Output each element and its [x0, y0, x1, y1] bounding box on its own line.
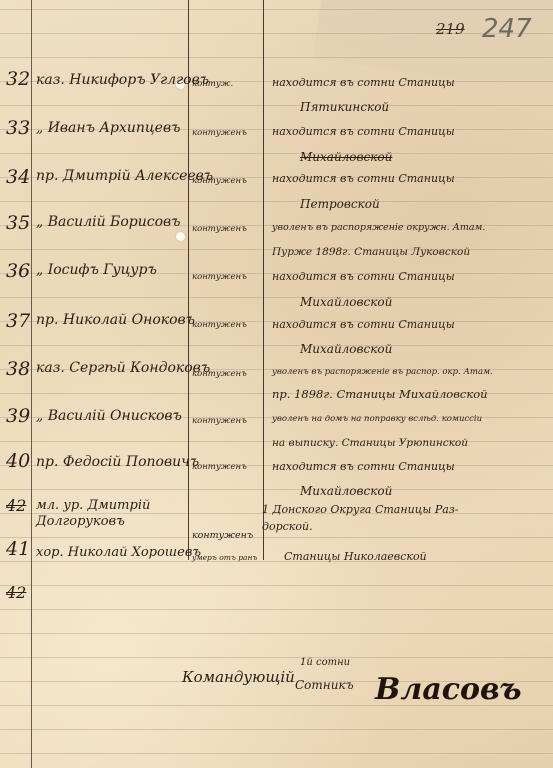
row-location-2: Михайловской — [300, 295, 392, 309]
row-location-2: Михайловской — [300, 150, 392, 164]
row-location-1: находится въ сотни Станицы — [272, 318, 455, 331]
row-number: 32 — [6, 68, 30, 90]
row-status: контуженъ — [192, 416, 247, 426]
row-location-1: находится въ сотни Станицы — [272, 270, 455, 283]
row-number: 40 — [6, 450, 30, 472]
row-status: контуж. — [192, 79, 233, 89]
row-location-2: Пурже 1898г. Станицы Луковской — [272, 246, 470, 258]
signature-subtitle: Сотникъ — [295, 678, 354, 692]
row-number: 39 — [6, 405, 30, 427]
row-number: 35 — [6, 212, 30, 234]
row-location-1: уволенъ на домъ на поправку вслѣд. комис… — [272, 414, 482, 424]
row-location-2: Михайловской — [300, 342, 392, 356]
row-status: контуженъ — [192, 272, 247, 282]
row-name: „ Іосифъ Гуцуръ — [36, 262, 157, 278]
row-name: „ Василій Онисковъ — [36, 408, 182, 424]
row-number: 36 — [6, 260, 30, 282]
row-status: контуженъ — [192, 176, 247, 186]
row-name: „ Иванъ Архипцевъ — [36, 120, 180, 136]
punch-hole — [176, 232, 185, 241]
row-number: 34 — [6, 166, 30, 188]
row-status: контуженъ — [192, 530, 253, 541]
document-page: 219 247 32 каз. Никифоръ Углговъ контуж.… — [0, 0, 553, 768]
row-number-crossed: 42 — [6, 496, 26, 515]
row-status: контуженъ — [192, 462, 247, 472]
row-name: „ Василій Борисовъ — [36, 214, 181, 230]
row-location-1: Станицы Николаевской — [284, 550, 427, 563]
row-location-1: находится въ сотни Станицы — [272, 125, 455, 138]
row-location-2: пр. 1898г. Станицы Михайловской — [272, 387, 488, 401]
row-name: каз. Никифоръ Углговъ — [36, 72, 209, 88]
row-number: 37 — [6, 310, 30, 332]
row-name: пр. Николай Оноковъ — [36, 312, 195, 328]
row-location-1: 1 Донского Округа Станицы Раз- — [262, 503, 459, 516]
signature-title: Командующій — [182, 668, 295, 686]
row-status: контуженъ — [192, 224, 247, 234]
row-location-2: Михайловской — [300, 484, 392, 498]
signature-superscript: 1й сотни — [300, 657, 350, 668]
row-status: контуженъ — [192, 369, 247, 379]
row-number: 33 — [6, 117, 30, 139]
row-name: каз. Сергѣй Кондоковъ — [36, 360, 210, 376]
row-status: умеръ отъ ранъ — [192, 553, 257, 562]
row-location-1: находится въ сотни Станицы — [272, 76, 455, 89]
row-location-2: Петровской — [300, 197, 380, 211]
row-location-2: дорской. — [262, 520, 313, 533]
row-number: 41 — [6, 538, 30, 560]
folio-number-old: 219 — [436, 20, 465, 38]
column-divider-2 — [263, 0, 264, 560]
row-location-2: на выписку. Станицы Урюпинской — [272, 437, 468, 449]
row-status: контуженъ — [192, 128, 247, 138]
row-status: контуженъ — [192, 320, 247, 330]
row-location-1: уволенъ въ распоряженіе окружн. Атам. — [272, 222, 485, 233]
row-name: пр. Федосій Поповичъ — [36, 454, 199, 470]
row-name: хор. Николай Хорошевъ — [36, 545, 201, 560]
crossed-number-mark: 42 — [6, 583, 26, 602]
row-name: мл. ур. Дмитрій Долгоруковъ — [36, 498, 186, 530]
row-name: пр. Дмитрій Алексеевъ — [36, 168, 213, 184]
row-number: 38 — [6, 358, 30, 380]
row-location-1: уволенъ въ распоряженіе въ распор. окр. … — [272, 367, 493, 377]
margin-line — [31, 0, 32, 768]
folio-number-new: 247 — [482, 14, 532, 44]
row-location-1: находится въ сотни Станицы — [272, 172, 455, 185]
ruled-lines — [0, 0, 553, 768]
row-location-2: Пятикинской — [300, 100, 389, 114]
row-location-1: находится въ сотни Станицы — [272, 460, 455, 473]
signature-name: Власовъ — [375, 672, 522, 707]
